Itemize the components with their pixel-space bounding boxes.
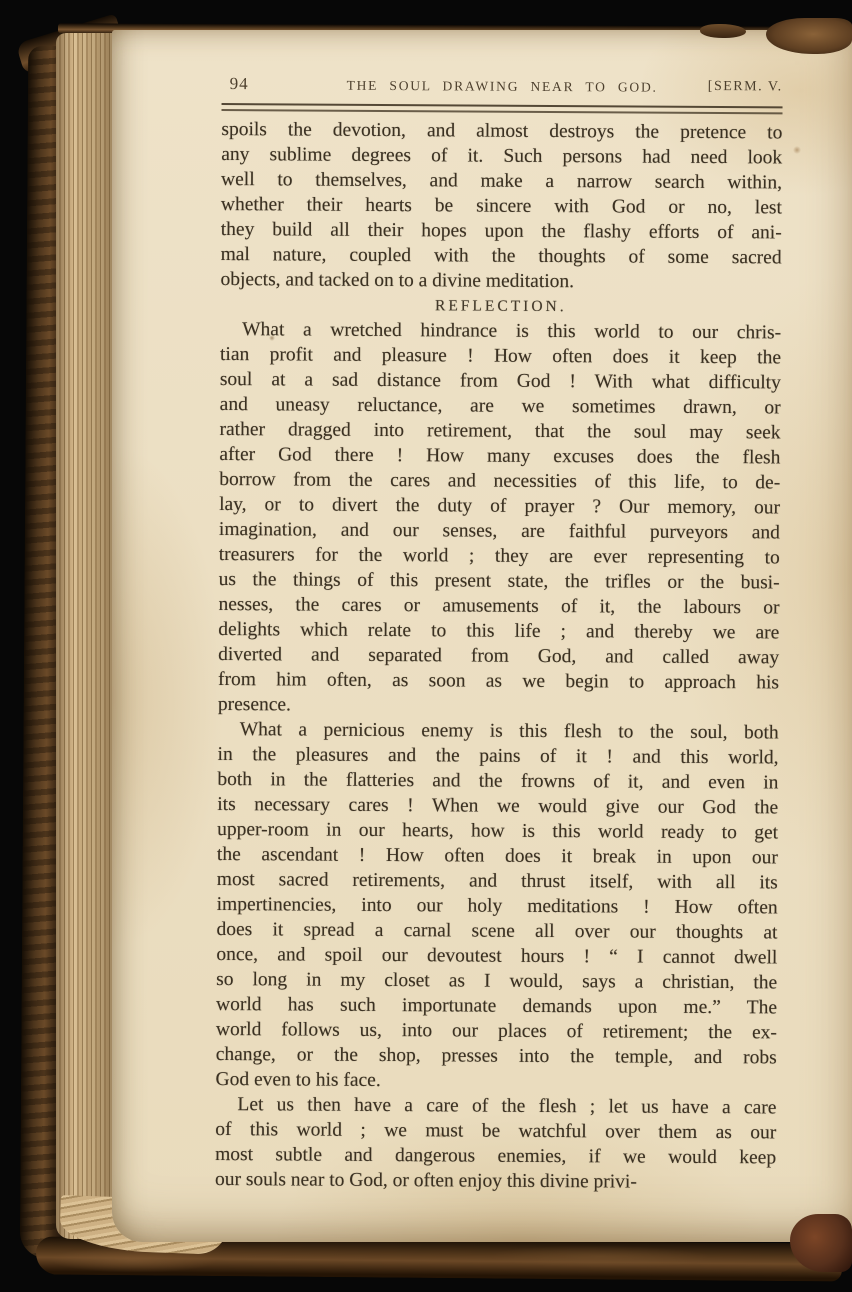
- page-edges-stack: [56, 33, 120, 1239]
- text-line: mal nature, coupled with the thoughts of…: [221, 242, 782, 270]
- text-line: imagination, and our senses, are faithfu…: [219, 517, 780, 545]
- text-line: its necessary cares ! When we would give…: [217, 792, 778, 820]
- text-line: any sublime degrees of it. Such persons …: [221, 142, 782, 170]
- text-line: well to themselves, and make a narrow se…: [221, 167, 782, 195]
- running-title: THE SOUL DRAWING NEAR TO GOD.: [222, 77, 783, 96]
- photo-backdrop: 94 THE SOUL DRAWING NEAR TO GOD. [SERM. …: [0, 0, 852, 1292]
- text-line: our souls near to God, or often enjoy th…: [215, 1167, 776, 1195]
- page-header: 94 THE SOUL DRAWING NEAR TO GOD. [SERM. …: [222, 74, 783, 99]
- text-line: spoils the devotion, and almost destroys…: [221, 117, 782, 145]
- text-line: and uneasy reluctance, are we sometimes …: [220, 392, 781, 420]
- text-line: soul at a sad distance from God ! With w…: [220, 367, 781, 395]
- text-line: upper-room in our hearts, how is this wo…: [217, 817, 778, 845]
- section-heading: REFLECTION.: [220, 292, 781, 320]
- text-line: of this world ; we must be watchful over…: [215, 1117, 776, 1145]
- torn-edge-top: [700, 24, 746, 38]
- body-text: spoils the devotion, and almost destroys…: [215, 117, 783, 1195]
- text-line: God even to his face.: [216, 1067, 777, 1095]
- text-line: does it spread a carnal scene all over o…: [216, 917, 777, 945]
- text-line: whether their hearts be sincere with God…: [221, 192, 782, 220]
- paragraph: What a pernicious enemy is this flesh to…: [216, 717, 779, 1095]
- text-line: Let us then have a care of the flesh ; l…: [215, 1092, 776, 1120]
- text-line: impertinencies, into our holy meditation…: [217, 892, 778, 920]
- signature-mark: [SERM. V.: [708, 79, 783, 95]
- book-page: 94 THE SOUL DRAWING NEAR TO GOD. [SERM. …: [112, 30, 852, 1242]
- text-line: rather dragged into retirement, that the…: [219, 417, 780, 445]
- text-line: nesses, the cares or amusements of it, t…: [218, 592, 779, 620]
- text-line: most sacred retirements, and thrust itse…: [217, 867, 778, 895]
- text-line: both in the flatteries and the frowns of…: [217, 767, 778, 795]
- printed-text-block: 94 THE SOUL DRAWING NEAR TO GOD. [SERM. …: [215, 30, 783, 1195]
- text-line: once, and spoil our devoutest hours ! “ …: [216, 942, 777, 970]
- text-line: from him often, as soon as we begin to a…: [218, 667, 779, 695]
- text-line: borrow from the cares and necessities of…: [219, 467, 780, 495]
- text-line: presence.: [218, 692, 779, 720]
- header-rule: [222, 103, 783, 114]
- text-line: What a pernicious enemy is this flesh to…: [218, 717, 779, 745]
- paragraph: What a wretched hindrance is this world …: [218, 317, 781, 720]
- text-line: world has such importunate demands upon …: [216, 992, 777, 1020]
- text-line: in the pleasures and the pains of it ! a…: [217, 742, 778, 770]
- text-line: What a wretched hindrance is this world …: [220, 317, 781, 345]
- text-line: most subtle and dangerous enemies, if we…: [215, 1142, 776, 1170]
- paragraph: spoils the devotion, and almost destroys…: [220, 117, 782, 295]
- text-line: delights which relate to this life ; and…: [218, 617, 779, 645]
- text-line: world follows us, into our places of ret…: [216, 1017, 777, 1045]
- text-line: objects, and tacked on to a divine medit…: [220, 267, 781, 295]
- text-line: change, or the shop, presses into the te…: [216, 1042, 777, 1070]
- text-line: tian profit and pleasure ! How often doe…: [220, 342, 781, 370]
- text-line: treasurers for the world ; they are ever…: [219, 542, 780, 570]
- text-line: lay, or to divert the duty of prayer ? O…: [219, 492, 780, 520]
- text-line: they build all their hopes upon the flas…: [221, 217, 782, 245]
- text-line: the ascendant ! How often does it break …: [217, 842, 778, 870]
- text-line: after God there ! How many excuses does …: [219, 442, 780, 470]
- paragraph: Let us then have a care of the flesh ; l…: [215, 1092, 777, 1195]
- text-line: so long in my closet as I would, says a …: [216, 967, 777, 995]
- text-line: diverted and separated from God, and cal…: [218, 642, 779, 670]
- text-line: us the things of this present state, the…: [219, 567, 780, 595]
